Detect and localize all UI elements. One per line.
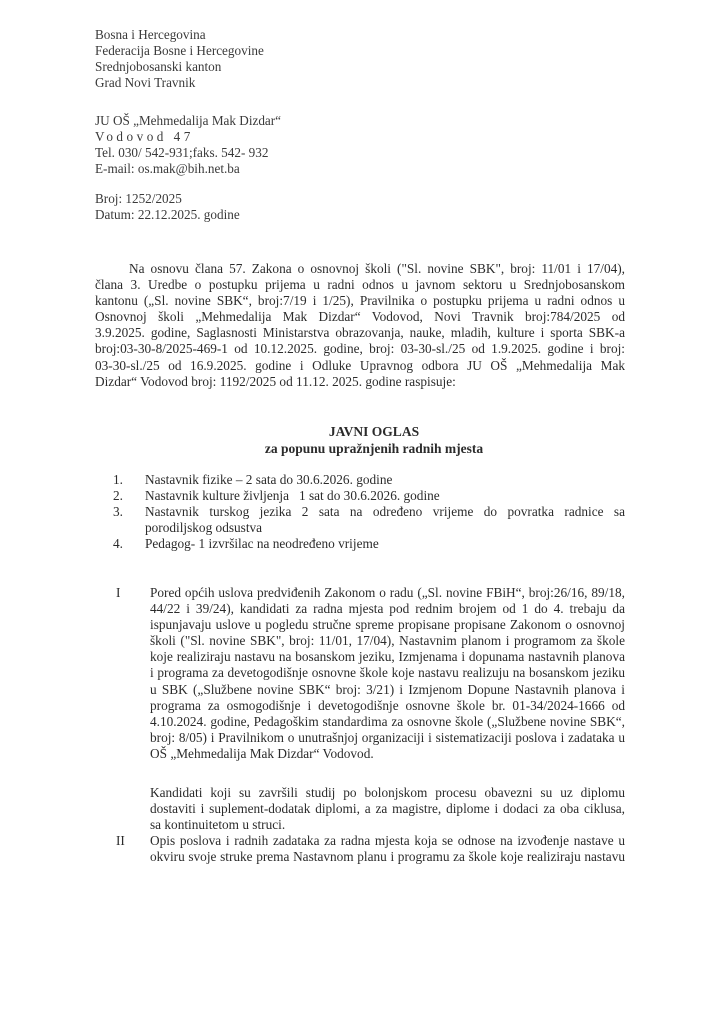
intro-line: Dizdar“ Vodovod broj: 1192/2025 od 11.12… — [95, 374, 625, 390]
document-reference: Broj: 1252/2025 Datum: 22.12.2025. godin… — [95, 191, 240, 223]
intro-line: člana 3. Uredbe o postupku prijema u rad… — [95, 277, 625, 293]
intro-line: 03-30-sl./25 od 16.9.2025. godine i Odlu… — [95, 358, 625, 374]
section-2-paragraph: Opis poslova i radnih zadataka za radna … — [150, 833, 625, 865]
section-line: i programa za devetogodišnje osnovne ško… — [150, 665, 625, 681]
position-text: Nastavnik turskog jezika 2 sata na određ… — [145, 504, 625, 520]
school-phone: Tel. 030/ 542-931;faks. 542- 932 — [95, 145, 281, 161]
document-page: Bosna i Hercegovina Federacija Bosne i H… — [0, 0, 724, 1024]
intro-line: Na osnovu člana 57. Zakona o osnovnoj šk… — [95, 261, 625, 277]
section-line: koje realiziraju nastavu na bosanskom je… — [150, 649, 625, 665]
intro-paragraph: Na osnovu člana 57. Zakona o osnovnoj šk… — [95, 261, 625, 390]
section-line: OŠ „Mehmedalija Mak Dizdar“ Vodovod. — [150, 746, 625, 762]
header-line: Bosna i Hercegovina — [95, 27, 264, 43]
institution-header: Bosna i Hercegovina Federacija Bosne i H… — [95, 27, 264, 91]
list-item: 2. Nastavnik kulture življenja 1 sat do … — [113, 488, 625, 504]
list-item: 1. Nastavnik fizike – 2 sata do 30.6.202… — [113, 472, 625, 488]
section-line: programa za osmogodišnje i devetogodišnj… — [150, 698, 625, 714]
note-line: Kandidati koji su završili studij po bol… — [150, 785, 625, 801]
positions-list: 1. Nastavnik fizike – 2 sata do 30.6.202… — [113, 472, 625, 552]
list-number: 1. — [113, 472, 123, 488]
position-text: Nastavnik kulture življenja 1 sat do 30.… — [145, 488, 625, 504]
section-line: 44/22 i 39/24), kandidati za radna mjest… — [150, 601, 625, 617]
intro-line: kantonu („Sl. novine SBK“, broj:7/19 i 1… — [95, 293, 625, 309]
note-line: dostaviti i suplement-dodatak diplomi, a… — [150, 801, 625, 817]
note-line: sa kontinuitetom u struci. — [150, 817, 625, 833]
intro-line: broj:03-30-8/2025-469-1 od 10.12.2025. g… — [95, 341, 625, 357]
section-line: broj: 8/05) i Pravilnikom o unutrašnjoj … — [150, 730, 625, 746]
list-item: 4. Pedagog- 1 izvršilac na neodređeno vr… — [113, 536, 625, 552]
position-text: Nastavnik fizike – 2 sata do 30.6.2026. … — [145, 472, 625, 488]
school-contact-block: JU OŠ „Mehmedalija Mak Dizdar“ Vodovod 4… — [95, 113, 281, 177]
section-line: u SBK („Službene novine SBK“ broj: 3/21)… — [150, 682, 625, 698]
list-number: 3. — [113, 504, 123, 520]
school-address: Vodovod 47 — [95, 129, 281, 145]
section-line: okviru svoje struke prema Nastavnom plan… — [150, 849, 625, 865]
position-text: porodiljskog odsustva — [145, 520, 625, 536]
announcement-subtitle: za popunu upražnjenih radnih mjesta — [12, 441, 724, 457]
list-number: 4. — [113, 536, 123, 552]
section-line: Pored općih uslova predviđenih Zakonom o… — [150, 585, 625, 601]
section-1-paragraph: Pored općih uslova predviđenih Zakonom o… — [150, 585, 625, 762]
header-line: Federacija Bosne i Hercegovine — [95, 43, 264, 59]
header-line: Srednjobosanski kanton — [95, 59, 264, 75]
list-number: 2. — [113, 488, 123, 504]
announcement-title: JAVNI OGLAS — [12, 424, 724, 440]
section-numeral: II — [116, 833, 125, 849]
intro-line: Osnovnoj školi „Mehmedalija Mak Dizdar“ … — [95, 309, 625, 325]
section-numeral: I — [116, 585, 120, 601]
section-line: 4.10.2024. godine, Pedagoškim standardim… — [150, 714, 625, 730]
school-name: JU OŠ „Mehmedalija Mak Dizdar“ — [95, 113, 281, 129]
document-date: Datum: 22.12.2025. godine — [95, 207, 240, 223]
intro-line: 3.9.2025. godine, Saglasnosti Ministarst… — [95, 325, 625, 341]
section-line: Opis poslova i radnih zadataka za radna … — [150, 833, 625, 849]
list-item: 3. Nastavnik turskog jezika 2 sata na od… — [113, 504, 625, 536]
section-line: ispunjavaju uslove u pogledu stručne spr… — [150, 617, 625, 633]
position-text: Pedagog- 1 izvršilac na neodređeno vrije… — [145, 536, 625, 552]
document-number: Broj: 1252/2025 — [95, 191, 240, 207]
school-email: E-mail: os.mak@bih.net.ba — [95, 161, 281, 177]
section-1-note: Kandidati koji su završili studij po bol… — [150, 785, 625, 833]
section-line: školi ("Sl. novine SBK", broj: 11/01, 17… — [150, 633, 625, 649]
header-line: Grad Novi Travnik — [95, 75, 264, 91]
